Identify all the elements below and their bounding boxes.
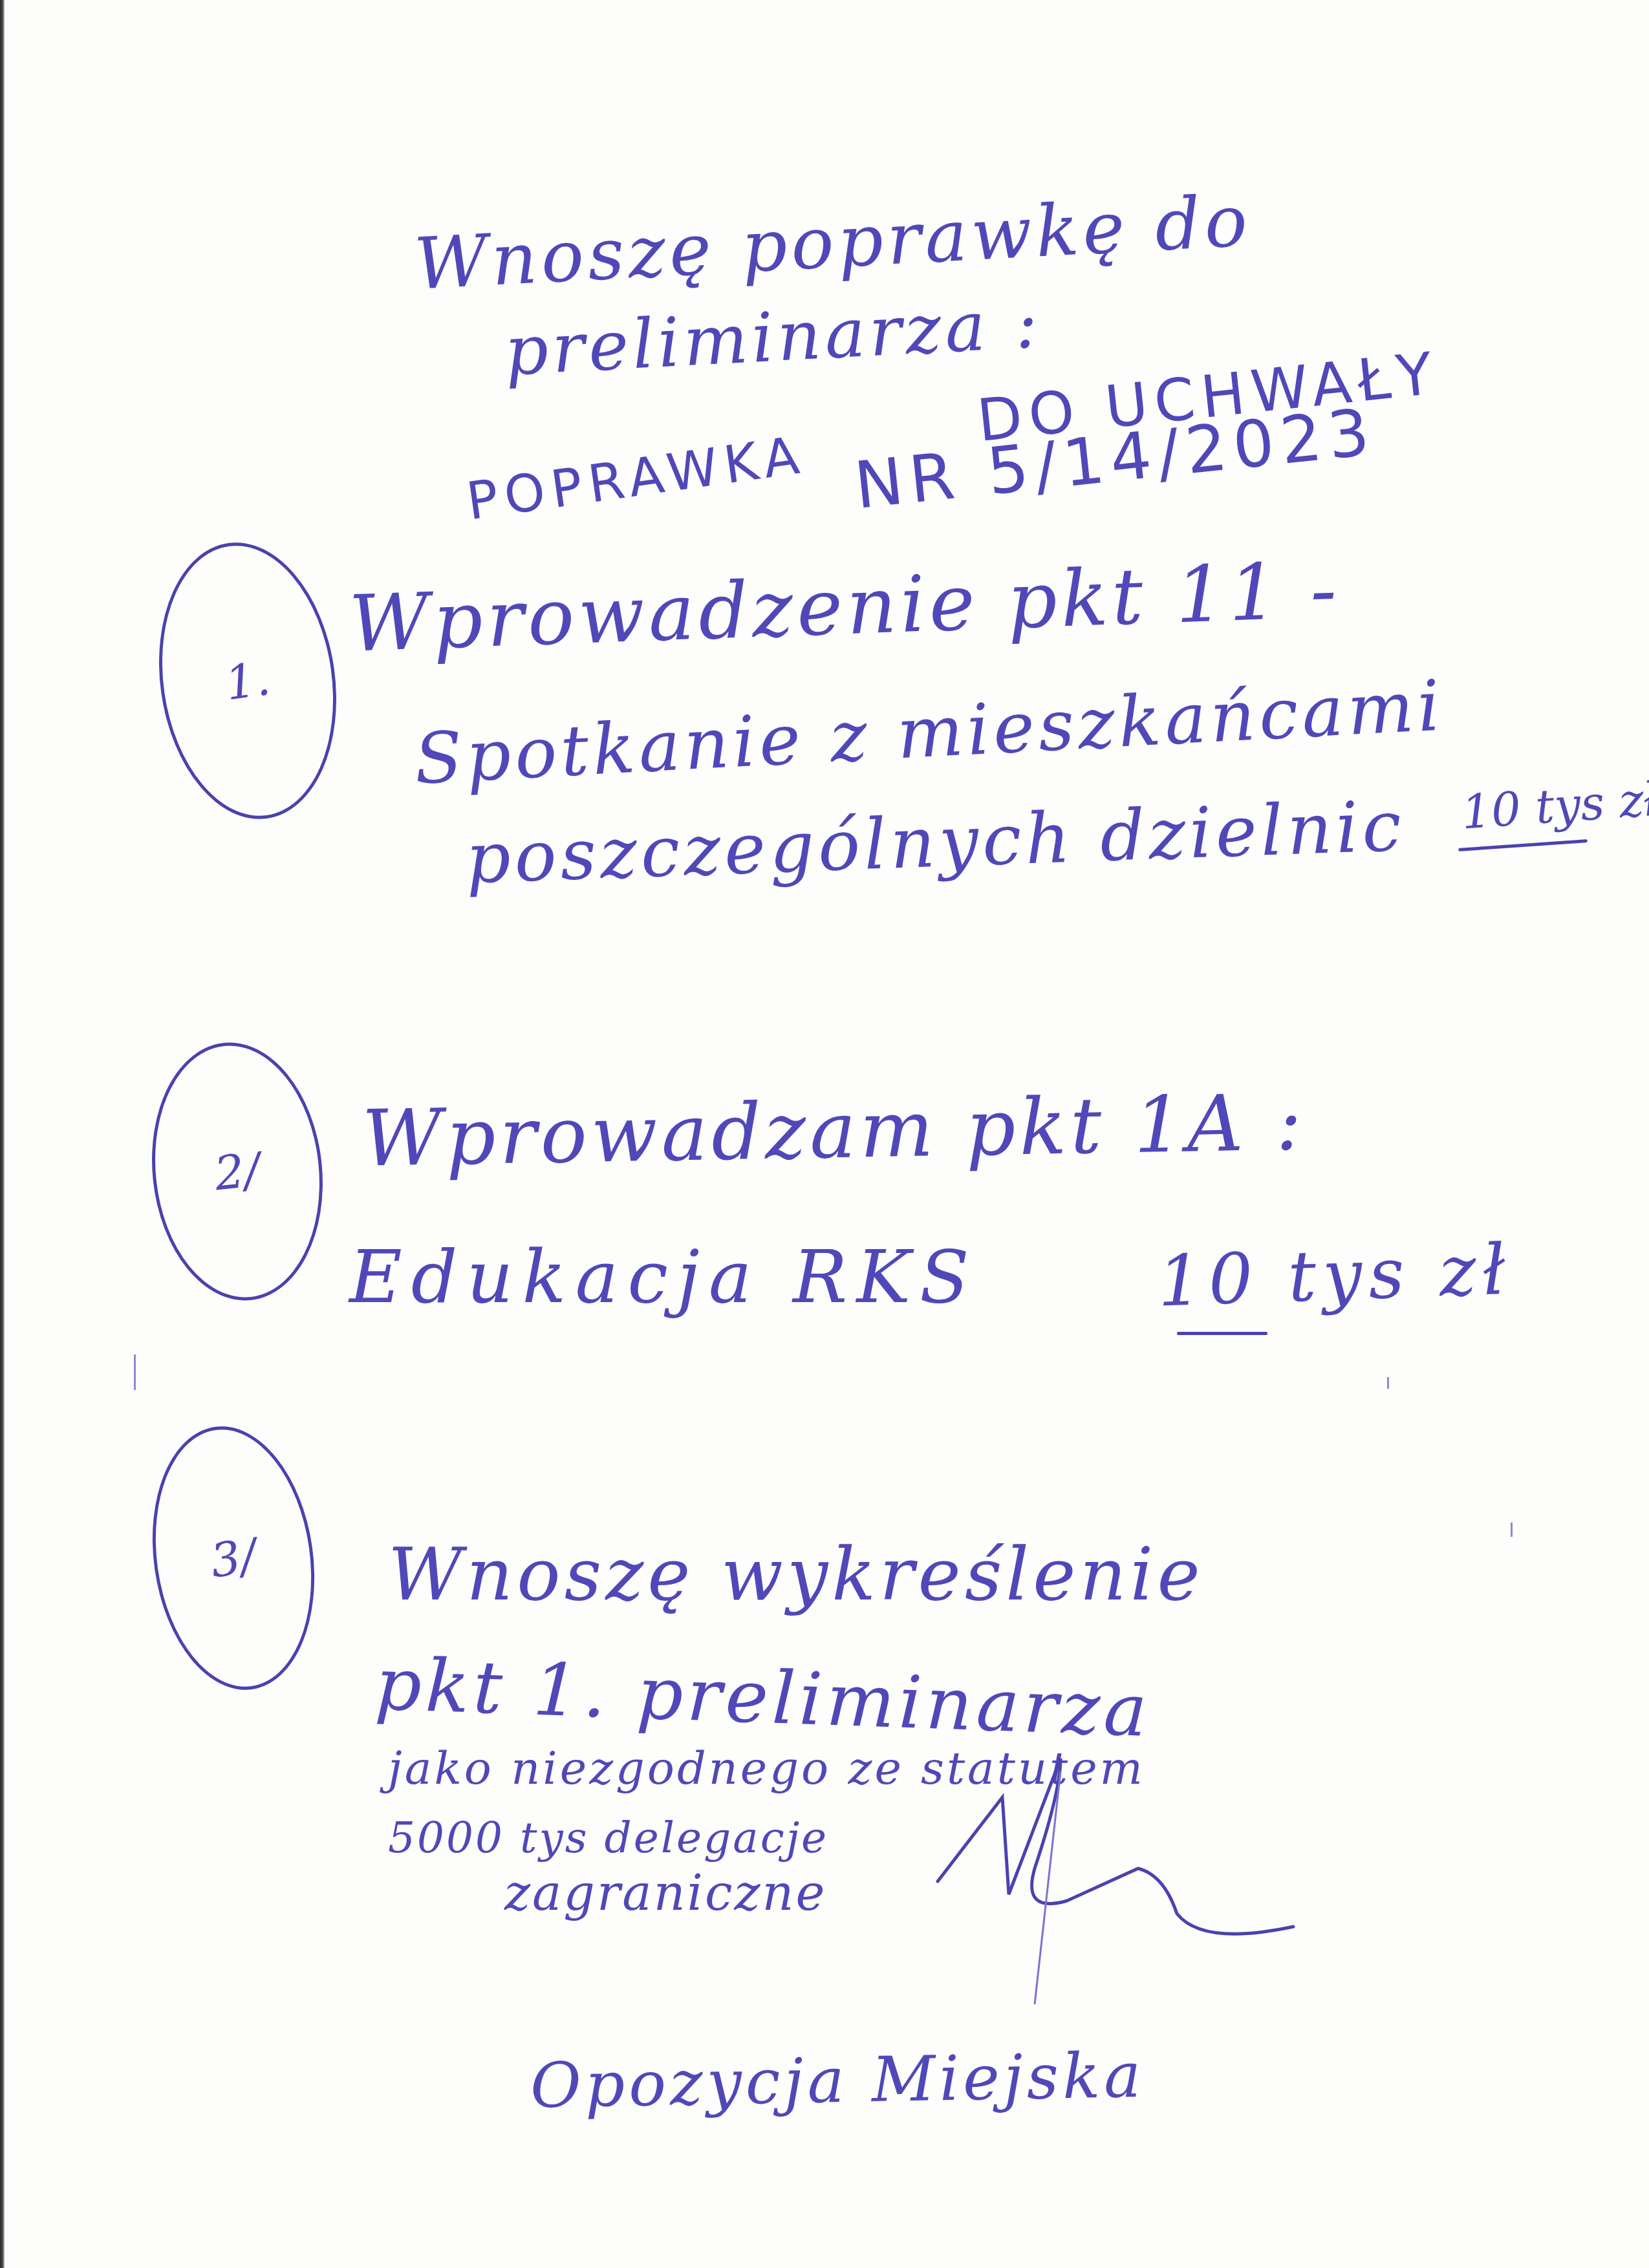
item-2-amount: 10 tys zł	[1156, 1235, 1513, 1317]
item-2-number-circle: 2/	[140, 1034, 335, 1309]
stray-mark	[1387, 1377, 1389, 1389]
item-1-number-circle: 1.	[142, 531, 353, 830]
stray-mark	[1511, 1523, 1513, 1537]
item-1-line-1: Wprowadzenie pkt 11 -	[348, 551, 1341, 663]
item-3-line-4: 5000 tys delegacje	[388, 1817, 828, 1859]
item-1-line-2: Spotkanie z mieszkańcami	[413, 671, 1445, 795]
item-1-line-3: poszczególnych dzielnic	[465, 792, 1406, 895]
stray-mark	[134, 1354, 136, 1390]
item-1-amount-underline	[1458, 839, 1588, 851]
scan-edge-shadow	[0, 0, 5, 2268]
item-2-number: 2/	[212, 1142, 263, 1201]
item-3-number-circle: 3/	[136, 1416, 331, 1700]
item-2-line-1: Wprowadzam pkt 1A :	[361, 1084, 1306, 1178]
footer-signature-line: Opozycja Miejska	[530, 2044, 1145, 2117]
item-3-line-5: zagraniczne	[504, 1868, 826, 1918]
item-2-line-2: Edukacja RKS	[349, 1241, 978, 1314]
item-1-number: 1.	[222, 651, 274, 711]
heading-line-1: Wnoszę poprawkę do	[413, 185, 1253, 300]
item-3-number: 3/	[207, 1528, 259, 1589]
signature	[931, 1733, 1423, 2004]
heading-line-4: POPRAWKA	[464, 429, 808, 528]
heading-line-2: preliminarza :	[503, 290, 1043, 385]
item-2-amount-underline	[1177, 1332, 1267, 1335]
item-1-amount: 10 tys zł	[1460, 775, 1649, 835]
item-3-line-1: Wnoszę wykreślenie	[388, 1539, 1204, 1611]
